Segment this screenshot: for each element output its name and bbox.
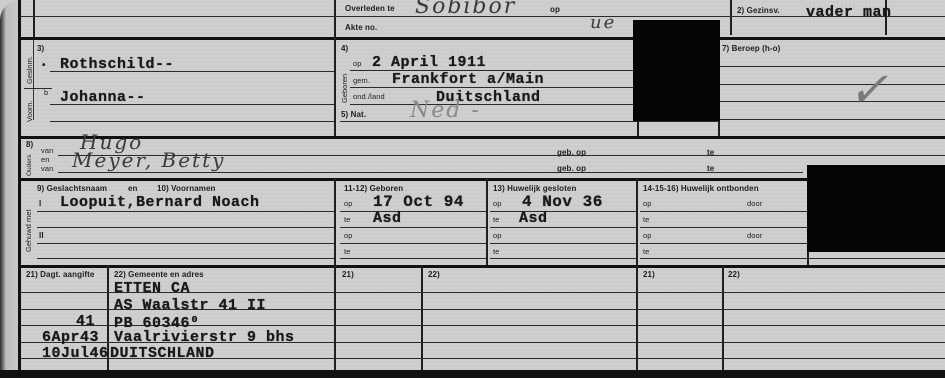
redaction-block [807, 165, 945, 252]
dissolved-on-label: op [643, 199, 652, 208]
rule [50, 121, 334, 122]
date-header-3: 21) [643, 270, 655, 279]
given-names-value: Johanna-- [60, 89, 146, 106]
married-on-value: 4 Nov 36 [522, 193, 603, 211]
died-place: Sobibor [415, 0, 516, 19]
father-born-on-label: geb. op [557, 148, 586, 157]
address-date: 41 [76, 313, 95, 330]
field-4-label: 4) [341, 44, 348, 53]
divider [334, 0, 336, 37]
rule [37, 243, 334, 244]
divider [636, 265, 638, 370]
rule [490, 258, 636, 259]
father-prefix: van [41, 146, 53, 155]
mother-born-on-label: geb. op [557, 164, 586, 173]
married-2-at-label: te [493, 247, 499, 256]
married-vertical-label: Gehuwd met [24, 209, 33, 252]
surname-vertical-label: Geslnm. [25, 56, 34, 84]
given-vertical-label: Voorn. [25, 100, 34, 122]
occupation-checkmark: ✓ [848, 62, 890, 118]
born-on-value: 2 April 1911 [372, 54, 486, 71]
redaction-block [633, 20, 720, 121]
divider [718, 121, 720, 136]
household-label: 2) Gezinsv. [737, 6, 780, 15]
born-vertical-label: Geboren [340, 74, 349, 103]
spouse-2-born-on-label: op [344, 231, 353, 240]
rule [37, 211, 334, 212]
rule [20, 37, 945, 40]
dissolved-2-at-label: te [643, 247, 649, 256]
rule [340, 243, 486, 244]
mother-prefix: van [41, 164, 53, 173]
spouse-born-on-value: 17 Oct 94 [373, 193, 464, 211]
spouse-1-name: Loopuit,Bernard Noach [60, 194, 260, 211]
rule [640, 258, 807, 259]
rule [640, 211, 807, 212]
bottom-edge [0, 370, 945, 378]
given-marker: b [44, 88, 48, 97]
household-value: vader man [806, 4, 892, 21]
rule [20, 265, 945, 268]
personal-record-card: Overleden te Sobibor op Akte no. ue 2) G… [0, 0, 945, 378]
mother-name: Meyer, Betty [72, 148, 225, 172]
spouse-born-on-label: op [344, 199, 353, 208]
divider [722, 265, 724, 370]
divider [334, 121, 336, 136]
dissolved-2-by-label: door [747, 231, 762, 240]
card-edge [0, 0, 20, 378]
rule [37, 227, 334, 228]
and-header: en [128, 184, 138, 193]
address-date: 10Jul46 [42, 345, 109, 362]
address-header-2: 22) [428, 270, 440, 279]
surname-value: Rothschild-- [60, 56, 174, 73]
field-3-label: 3) [37, 44, 44, 53]
rule [640, 227, 807, 228]
spouse-born-at-label: te [344, 215, 350, 224]
left-border [18, 0, 21, 378]
spouse-row-2-marker: II [39, 231, 44, 240]
rule [340, 121, 718, 122]
dissolved-by-label: door [747, 199, 762, 208]
address-header: 22) Gemeente en adres [114, 270, 204, 279]
divider [33, 0, 35, 37]
nationality-value: Ned - [410, 98, 481, 123]
dissolved-2-on-label: op [643, 231, 652, 240]
rule [340, 211, 486, 212]
born-country-label: ond./land [353, 92, 385, 101]
spouse-row-1-marker: I [39, 199, 41, 208]
address-entry: Vaalrivierstr 9 bhs [114, 329, 295, 346]
rule [58, 172, 803, 173]
divider [486, 178, 488, 266]
surname-marker: • [42, 60, 46, 71]
divider [636, 178, 638, 266]
died-on-label: op [550, 5, 560, 14]
divider [334, 265, 336, 370]
spouse-born-at-value: Asd [373, 210, 402, 227]
deed-handwritten: ue [590, 12, 616, 33]
address-header-3: 22) [728, 270, 740, 279]
rule [720, 66, 945, 67]
married-at-value: Asd [519, 210, 548, 227]
rule [807, 258, 945, 259]
address-entry: ETTEN CA [114, 280, 190, 297]
rule [20, 136, 945, 139]
rule [340, 227, 486, 228]
father-born-at-label: te [707, 148, 714, 157]
parents-vertical-label: Ouders [26, 155, 33, 176]
divider [334, 37, 336, 122]
divider [334, 178, 336, 266]
rule [340, 258, 486, 259]
rule [640, 243, 807, 244]
mother-born-at-label: te [707, 164, 714, 173]
spouse-given-header: 10) Voornamen [157, 184, 216, 193]
rule [490, 243, 636, 244]
date-header: 21) Dagt. aangifte [26, 270, 94, 279]
dissolved-header: 14-15-16) Huwelijk ontbonden [643, 184, 759, 193]
date-header-2: 21) [342, 270, 354, 279]
born-municipality-value: Frankfort a/Main [392, 71, 544, 88]
married-header: 13) Huwelijk gesloten [493, 184, 576, 193]
address-date: 6Apr43 [42, 329, 99, 346]
nationality-label: 5) Nat. [341, 110, 366, 119]
spouse-born-header: 11-12) Geboren [344, 184, 403, 193]
born-municipality-label: gem. [353, 76, 370, 85]
divider [730, 0, 732, 35]
rule [20, 178, 810, 181]
rule [720, 119, 945, 120]
married-on-label: op [493, 199, 502, 208]
rule [720, 101, 945, 102]
and-label: en [41, 155, 50, 164]
deed-label: Akte no. [345, 23, 377, 32]
spouse-surname-header: 9) Geslachtsnaam [37, 184, 107, 193]
married-at-label: te [493, 215, 499, 224]
spouse-2-born-at-label: te [344, 247, 350, 256]
field-8-label: 8) [26, 140, 33, 149]
occupation-label: 7) Beroep (h-o) [722, 44, 780, 53]
rule [490, 211, 636, 212]
rule [490, 227, 636, 228]
address-entry: AS Waalstr 41 II [114, 297, 266, 314]
died-label: Overleden te [345, 4, 395, 13]
address-entry: DUITSCHLAND [110, 345, 215, 362]
rule [720, 84, 945, 85]
divider [637, 121, 639, 136]
dissolved-at-label: te [643, 215, 649, 224]
born-on-label: op [353, 59, 362, 68]
rule [37, 258, 334, 259]
married-2-on-label: op [493, 231, 502, 240]
divider [421, 265, 423, 370]
